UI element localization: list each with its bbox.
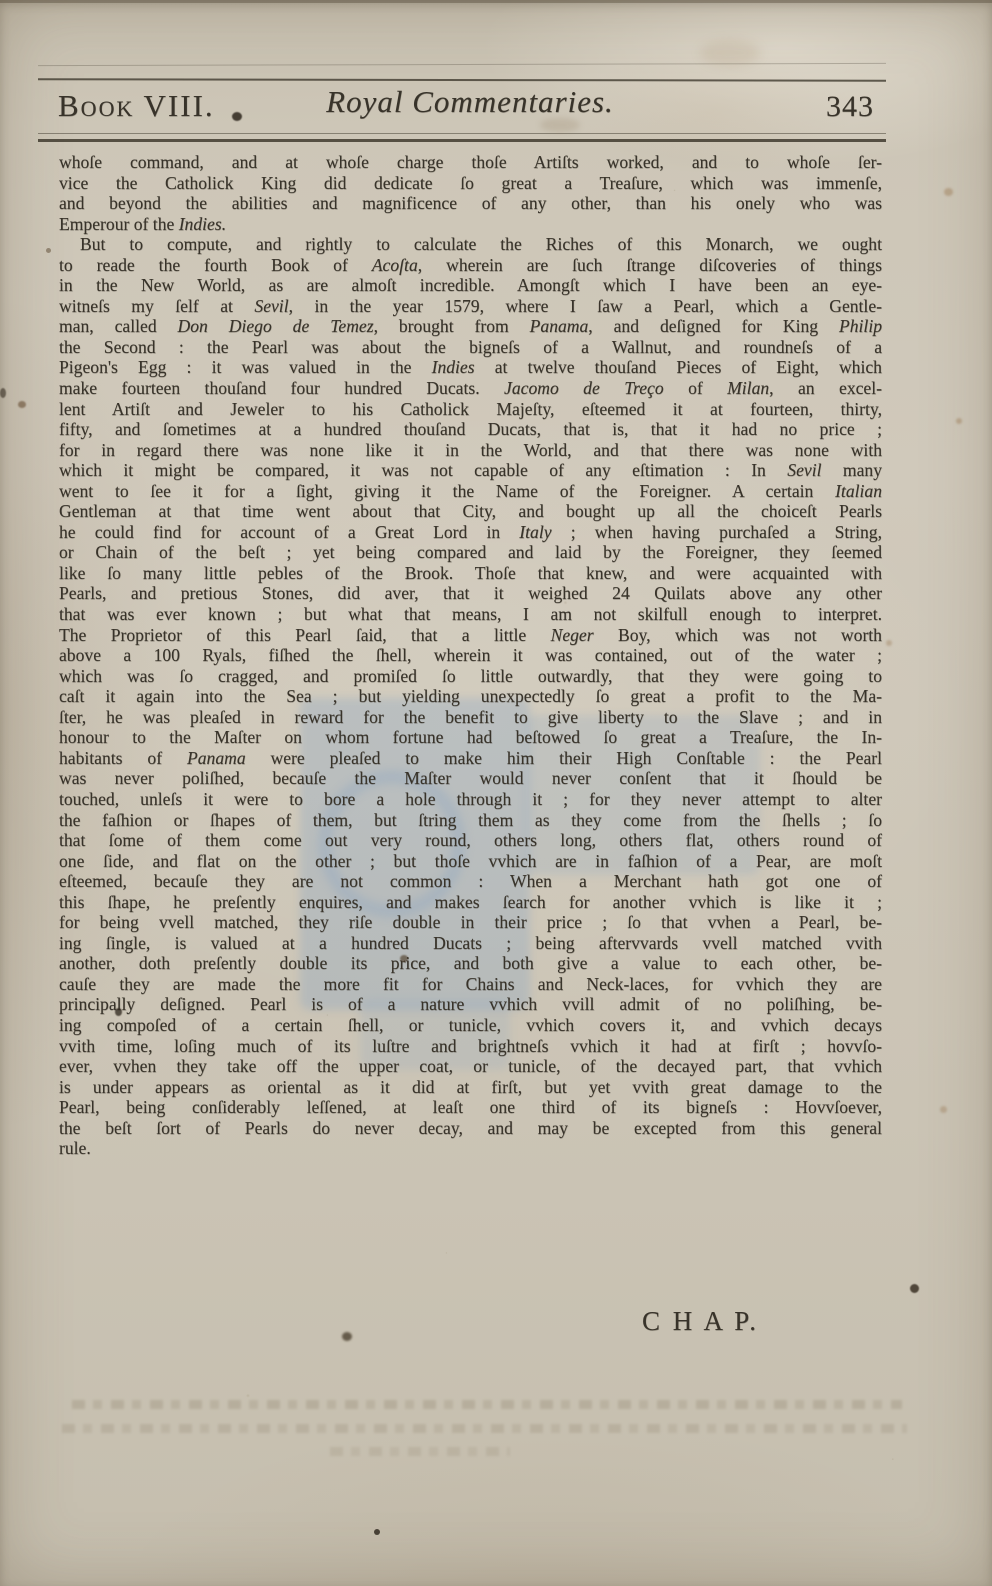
- ink-smudge: [400, 955, 408, 962]
- edge-speck: [0, 388, 6, 398]
- roman-text: the beſt ſort of Pearls do never decay, …: [59, 1118, 882, 1138]
- roman-text: above a 100 Ryals, fiſhed the ſhell, whe…: [59, 645, 882, 665]
- roman-text: , in the year 1579, where I ſaw a Pearl,…: [289, 296, 882, 316]
- roman-text: Pearl, being conſiderably leſſened, at l…: [59, 1097, 882, 1117]
- roman-text: Pearls, and pretious Stones, did aver, t…: [59, 583, 882, 603]
- text-line: that was ever known ; but what that mean…: [59, 604, 882, 625]
- roman-text: vice the Catholick King did dedicate ſo …: [59, 173, 882, 193]
- text-line: which it might be compared, it was not c…: [59, 460, 882, 481]
- header-rule-mid: [38, 139, 886, 142]
- roman-text: honour to the Maſter on whom fortune had…: [59, 727, 882, 747]
- showthrough-text-line: [62, 1424, 907, 1433]
- roman-text: one ſide, and flat on the other ; but th…: [59, 851, 882, 871]
- text-line: for in regard there was none like it in …: [59, 440, 882, 461]
- foxing-spot: [18, 401, 26, 408]
- roman-text: The Proprietor of this Pearl ſaid, that …: [59, 625, 551, 645]
- roman-text: ; when having purchaſed a String,: [552, 522, 882, 542]
- roman-text: like ſo many little pebles of the Brook.…: [59, 563, 882, 583]
- text-line: vice the Catholick King did dedicate ſo …: [59, 173, 882, 194]
- roman-text: of: [664, 378, 728, 398]
- text-line: make fourteen thouſand four hundred Duca…: [59, 378, 882, 399]
- roman-text: for being vvell matched, they riſe doubl…: [59, 912, 882, 932]
- text-line: whoſe command, and at whoſe charge thoſe…: [59, 152, 882, 173]
- text-line: ing compoſed of a certain ſhell, or tuni…: [59, 1015, 882, 1036]
- roman-text: ever, vvhen they take off the upper coat…: [59, 1056, 882, 1076]
- text-line: the faſhion or ſhapes of them, but ſtrin…: [59, 810, 882, 831]
- roman-text: the Second : the Pearl was about the big…: [59, 337, 882, 357]
- text-line: or Chain of the beſt ; yet being compare…: [59, 542, 882, 563]
- foxing-spot: [944, 188, 953, 196]
- scan-top-edge: [0, 0, 992, 3]
- roman-text: this ſhape, he preſently enquires, and m…: [59, 892, 882, 912]
- roman-text: witneſs my ſelf at: [59, 296, 254, 316]
- italic-text: Sevil: [254, 296, 288, 316]
- roman-text: which it might be compared, it was not c…: [59, 460, 787, 480]
- text-line: to reade the fourth Book of Acoſta, wher…: [59, 255, 882, 276]
- foxing-spot: [940, 1106, 947, 1113]
- roman-text: many: [821, 460, 882, 480]
- roman-text: whoſe command, and at whoſe charge thoſe…: [59, 152, 882, 172]
- roman-text: lent Artiſt and Jeweler to his Catholick…: [59, 399, 882, 419]
- roman-text: or Chain of the beſt ; yet being compare…: [59, 542, 882, 562]
- text-line: Pigeon's Egg : it was valued in the Indi…: [59, 357, 882, 378]
- italic-text: Don Diego de Temez: [178, 316, 374, 336]
- roman-text: ing ſingle, is valued at a hundred Ducat…: [59, 933, 882, 953]
- text-line: man, called Don Diego de Temez, brought …: [59, 316, 882, 337]
- text-line: cauſe they are made the more fit for Cha…: [59, 974, 882, 995]
- text-line: But to compute, and rightly to calculate…: [59, 234, 882, 255]
- roman-text: cauſe they are made the more fit for Cha…: [59, 974, 882, 994]
- text-line: eſteemed, becauſe they are not common : …: [59, 871, 882, 892]
- roman-text: the faſhion or ſhapes of them, but ſtrin…: [59, 810, 882, 830]
- roman-text: vvith time, loſing much of its luſtre an…: [59, 1036, 882, 1056]
- roman-text: Boy, which was not worth: [594, 625, 882, 645]
- roman-text: eſteemed, becauſe they are not common : …: [59, 871, 882, 891]
- roman-text: fifty, and ſometimes at a hundred thouſa…: [59, 419, 882, 439]
- text-line: Pearl, being conſiderably leſſened, at l…: [59, 1097, 882, 1118]
- scanned-book-page: Book VIII. Royal Commentaries. 343 whoſe…: [0, 0, 992, 1586]
- roman-text: Gentleman at that time went about that C…: [59, 501, 882, 521]
- roman-text: habitants of: [59, 748, 187, 768]
- text-line: like ſo many little pebles of the Brook.…: [59, 563, 882, 584]
- roman-text: was never poliſhed, becauſe the Maſter w…: [59, 768, 882, 788]
- text-line: witneſs my ſelf at Sevil, in the year 15…: [59, 296, 882, 317]
- roman-text: ſter, he was pleaſed in reward for the b…: [59, 707, 882, 727]
- roman-text: is under appears as oriental as it did a…: [59, 1077, 882, 1097]
- roman-text: principally deſigned. Pearl is of a natu…: [59, 994, 882, 1014]
- roman-text: another, doth preſently double its price…: [59, 953, 882, 973]
- italic-text: Sevil: [787, 460, 821, 480]
- catchword: C H A P.: [642, 1306, 759, 1337]
- text-line: touched, unleſs it were to bore a hole t…: [59, 789, 882, 810]
- roman-text: Pigeon's Egg : it was valued in the: [59, 357, 432, 377]
- text-line: vvith time, loſing much of its luſtre an…: [59, 1036, 882, 1057]
- italic-text: Neger: [551, 625, 594, 645]
- foxing-spot: [956, 418, 962, 424]
- italic-text: Indies: [432, 357, 475, 377]
- text-line: Pearls, and pretious Stones, did aver, t…: [59, 583, 882, 604]
- ink-speck: [374, 1529, 380, 1535]
- roman-text: at twelve thouſand Pieces of Eight, whic…: [475, 357, 882, 377]
- roman-text: that ſome of them come out very round, o…: [59, 830, 882, 850]
- italic-text: Italian: [835, 481, 882, 501]
- roman-text: were pleaſed to make him their High Conſ…: [246, 748, 882, 768]
- text-line: honour to the Maſter on whom fortune had…: [59, 727, 882, 748]
- text-line: the beſt ſort of Pearls do never decay, …: [59, 1118, 882, 1139]
- ink-blot: [342, 1332, 352, 1341]
- text-line: Emperour of the Indies.: [59, 214, 882, 235]
- text-line: another, doth preſently double its price…: [59, 953, 882, 974]
- ink-blot: [115, 1008, 122, 1016]
- text-line: in the New World, as are almoſt incredib…: [59, 275, 882, 296]
- roman-text: man, called: [59, 316, 178, 336]
- showthrough-text-line: [330, 1447, 510, 1456]
- text-line: is under appears as oriental as it did a…: [59, 1077, 882, 1098]
- paper-stain: [540, 118, 580, 132]
- italic-text: Indies.: [179, 214, 226, 234]
- italic-text: Jacomo de Treço: [504, 378, 664, 398]
- text-line: this ſhape, he preſently enquires, and m…: [59, 892, 882, 913]
- roman-text: , and deſigned for King: [588, 316, 839, 336]
- text-line: Gentleman at that time went about that C…: [59, 501, 882, 522]
- roman-text: make fourteen thouſand four hundred Duca…: [59, 378, 504, 398]
- text-line: ever, vvhen they take off the upper coat…: [59, 1056, 882, 1077]
- roman-text: in the New World, as are almoſt incredib…: [59, 275, 882, 295]
- roman-text: , an excel-: [769, 378, 882, 398]
- header-rule-faint: [38, 63, 886, 66]
- running-title: Royal Commentaries.: [0, 84, 940, 120]
- ink-blot: [910, 1284, 919, 1293]
- foxing-spot: [46, 248, 51, 253]
- roman-text: he could find for account of a Great Lor…: [59, 522, 519, 542]
- italic-text: Acoſta: [372, 255, 418, 275]
- italic-text: Panama: [187, 748, 246, 768]
- text-line: caſt it again into the Sea ; but yieldin…: [59, 686, 882, 707]
- text-line: ing ſingle, is valued at a hundred Ducat…: [59, 933, 882, 954]
- text-line: one ſide, and flat on the other ; but th…: [59, 851, 882, 872]
- paper-stain: [700, 40, 760, 66]
- italic-text: Italy: [519, 522, 551, 542]
- page-number: 343: [826, 90, 874, 124]
- text-line: he could find for account of a Great Lor…: [59, 522, 882, 543]
- foxing-spot: [886, 640, 892, 646]
- text-line: The Proprietor of this Pearl ſaid, that …: [59, 625, 882, 646]
- text-line: that ſome of them come out very round, o…: [59, 830, 882, 851]
- text-line: which was ſo cragged, and promiſed ſo li…: [59, 666, 882, 687]
- showthrough-text-line: [72, 1400, 902, 1409]
- roman-text: But to compute, and rightly to calculate…: [80, 234, 882, 254]
- text-line: was never poliſhed, becauſe the Maſter w…: [59, 768, 882, 789]
- italic-text: Milan: [727, 378, 769, 398]
- roman-text: went to ſee it for a ſight, giving it th…: [59, 481, 835, 501]
- text-line: for being vvell matched, they riſe doubl…: [59, 912, 882, 933]
- roman-text: and beyond the abilities and magnificenc…: [59, 193, 882, 213]
- roman-text: Emperour of the: [59, 214, 179, 234]
- header-rule-mid-thin: [38, 133, 886, 134]
- text-line: lent Artiſt and Jeweler to his Catholick…: [59, 399, 882, 420]
- roman-text: to reade the fourth Book of: [59, 255, 372, 275]
- roman-text: for in regard there was none like it in …: [59, 440, 882, 460]
- text-line: went to ſee it for a ſight, giving it th…: [59, 481, 882, 502]
- body-text: whoſe command, and at whoſe charge thoſe…: [59, 152, 882, 1159]
- text-line: and beyond the abilities and magnificenc…: [59, 193, 882, 214]
- text-line: above a 100 Ryals, fiſhed the ſhell, whe…: [59, 645, 882, 666]
- text-line: habitants of Panama were pleaſed to make…: [59, 748, 882, 769]
- roman-text: that was ever known ; but what that mean…: [59, 604, 882, 624]
- text-line: rule.: [59, 1138, 882, 1159]
- text-line: ſter, he was pleaſed in reward for the b…: [59, 707, 882, 728]
- roman-text: ing compoſed of a certain ſhell, or tuni…: [59, 1015, 882, 1035]
- text-line: the Second : the Pearl was about the big…: [59, 337, 882, 358]
- italic-text: Panama: [530, 316, 589, 336]
- roman-text: which was ſo cragged, and promiſed ſo li…: [59, 666, 882, 686]
- ink-blot: [232, 112, 242, 121]
- roman-text: touched, unleſs it were to bore a hole t…: [59, 789, 882, 809]
- roman-text: caſt it again into the Sea ; but yieldin…: [59, 686, 882, 706]
- roman-text: rule.: [59, 1138, 91, 1158]
- italic-text: Philip: [839, 316, 882, 336]
- text-line: fifty, and ſometimes at a hundred thouſa…: [59, 419, 882, 440]
- header-rule-top: [38, 78, 886, 81]
- roman-text: , wherein are ſuch ſtrange diſcoveries o…: [418, 255, 882, 275]
- roman-text: , brought from: [374, 316, 530, 336]
- text-line: principally deſigned. Pearl is of a natu…: [59, 994, 882, 1015]
